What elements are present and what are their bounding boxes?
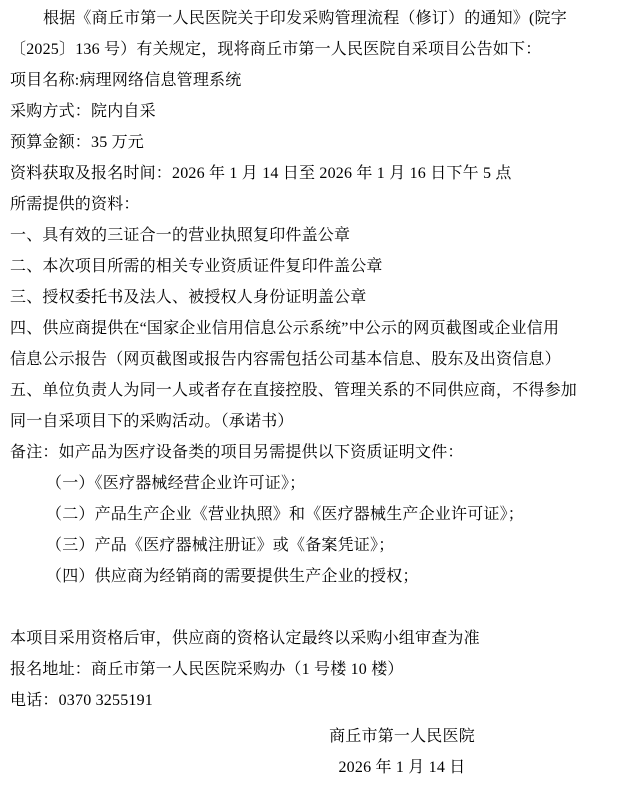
procurement-method: 采购方式：院内自采 bbox=[10, 96, 614, 127]
remark-item-1: （一）《医疗器械经营企业许可证》； bbox=[10, 468, 614, 499]
qualification-review-note: 本项目采用资格后审，供应商的资格认定最终以采购小组审查为准 bbox=[10, 623, 614, 654]
project-name: 项目名称:病理网络信息管理系统 bbox=[10, 65, 614, 96]
requirement-2: 二、本次项目所需的相关专业资质证件复印件盖公章 bbox=[10, 251, 614, 282]
registration-time: 资料获取及报名时间：2026 年 1 月 14 日至 2026 年 1 月 16… bbox=[10, 158, 614, 189]
announcement-document: 根据《商丘市第一人民医院关于印发采购管理流程（修订）的通知》(院字 〔2025〕… bbox=[0, 0, 622, 783]
requirement-5-line-2: 同一自采项目下的采购活动。（承诺书） bbox=[10, 406, 614, 437]
phone-number: 电话：0370 3255191 bbox=[10, 685, 614, 716]
requirement-5-line-1: 五、单位负责人为同一人或者存在直接控股、管理关系的不同供应商，不得参加 bbox=[10, 375, 614, 406]
blank-line bbox=[10, 592, 614, 623]
requirement-4-line-2: 信息公示报告（网页截图或报告内容需包括公司基本信息、股东及出资信息） bbox=[10, 344, 614, 375]
signature-date: 2026 年 1 月 14 日 bbox=[10, 752, 614, 783]
registration-address: 报名地址：商丘市第一人民医院采购办（1 号楼 10 楼） bbox=[10, 654, 614, 685]
requirement-1: 一、具有效的三证合一的营业执照复印件盖公章 bbox=[10, 220, 614, 251]
budget-amount: 预算金额：35 万元 bbox=[10, 127, 614, 158]
remark-item-2: （二）产品生产企业《营业执照》和《医疗器械生产企业许可证》； bbox=[10, 499, 614, 530]
intro-line-2: 〔2025〕136 号）有关规定，现将商丘市第一人民医院自采项目公告如下： bbox=[10, 34, 614, 65]
remark-item-3: （三）产品《医疗器械注册证》或《备案凭证》； bbox=[10, 530, 614, 561]
requirement-3: 三、授权委托书及法人、被授权人身份证明盖公章 bbox=[10, 282, 614, 313]
required-materials-heading: 所需提供的资料： bbox=[10, 189, 614, 220]
intro-line-1: 根据《商丘市第一人民医院关于印发采购管理流程（修订）的通知》(院字 bbox=[10, 3, 614, 34]
signature-hospital-name: 商丘市第一人民医院 bbox=[10, 721, 614, 752]
requirement-4-line-1: 四、供应商提供在“国家企业信用信息公示系统”中公示的网页截图或企业信用 bbox=[10, 313, 614, 344]
remark-heading: 备注：如产品为医疗设备类的项目另需提供以下资质证明文件： bbox=[10, 437, 614, 468]
page: { "document": { "lines": [ "根据《商丘市第一人民医院… bbox=[0, 0, 622, 793]
remark-item-4: （四）供应商为经销商的需要提供生产企业的授权； bbox=[10, 561, 614, 592]
